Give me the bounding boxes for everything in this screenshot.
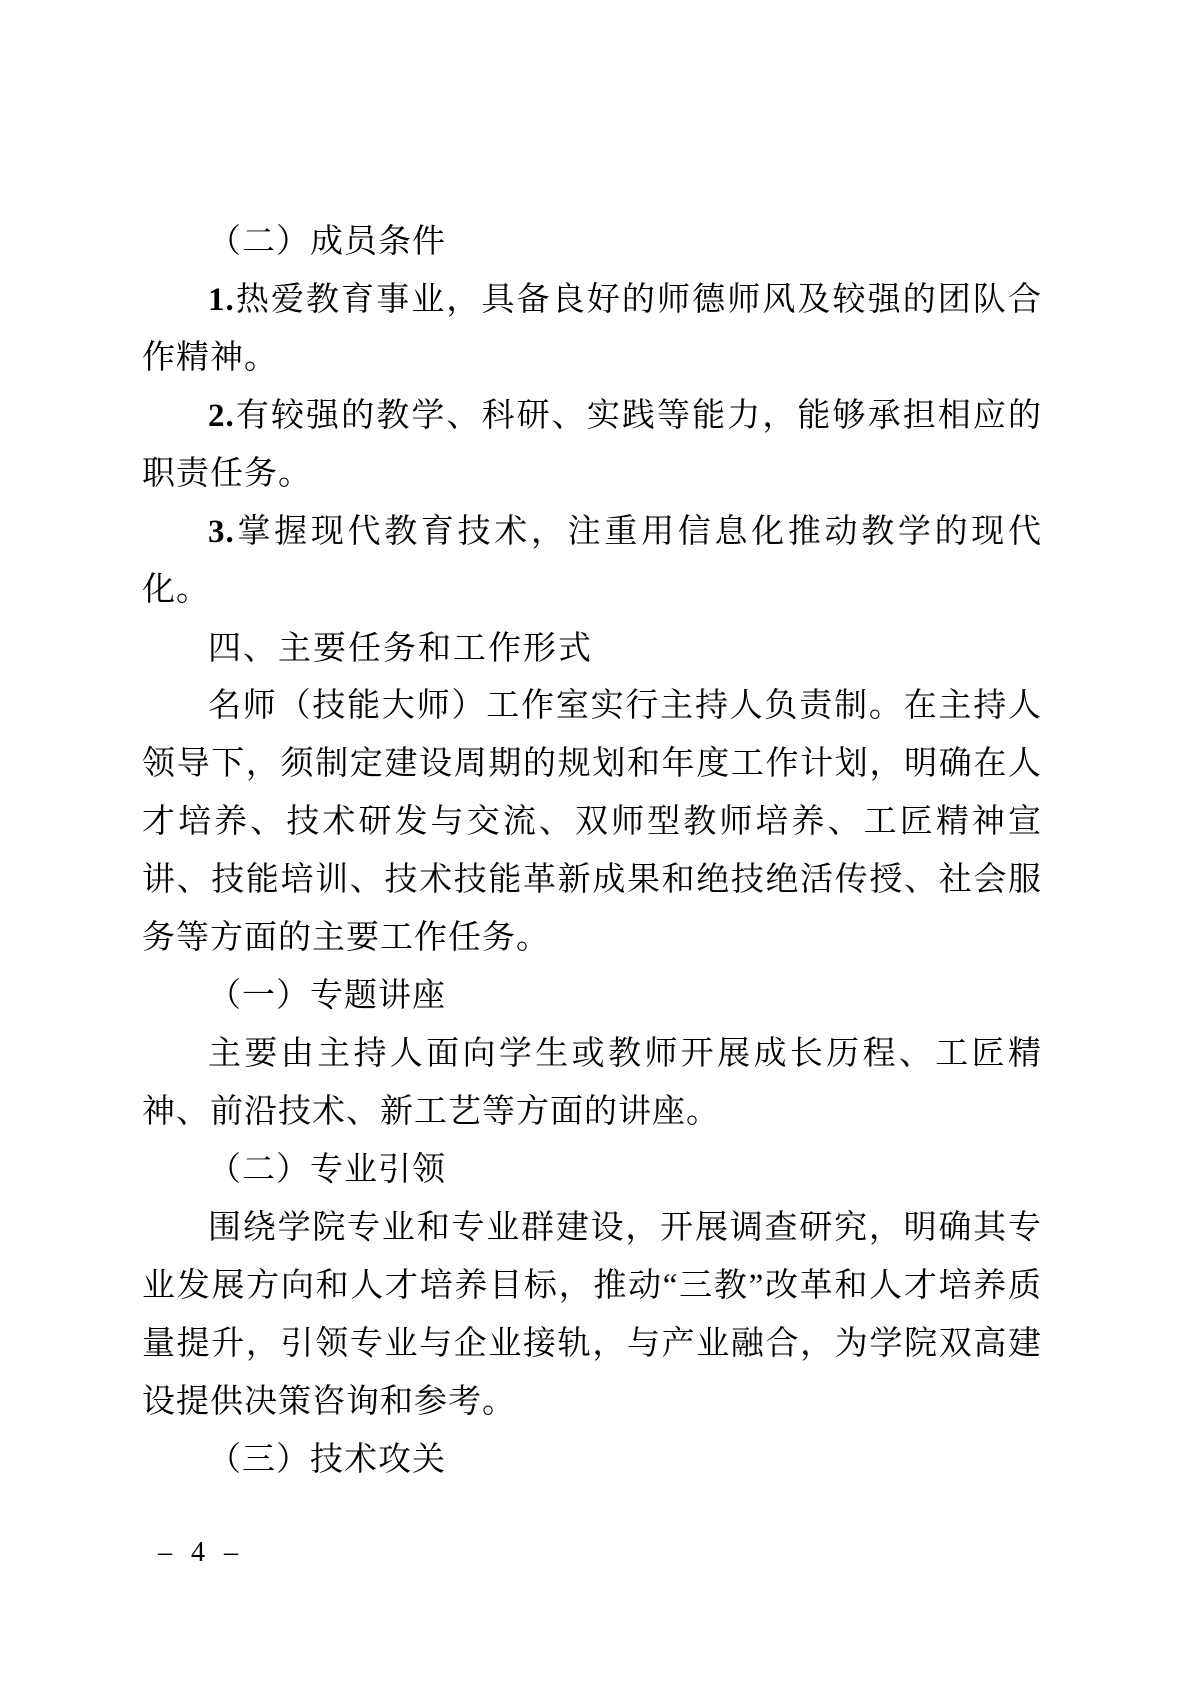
member-condition-item-2: 2.有较强的教学、科研、实践等能力，能够承担相应的职责任务。	[142, 387, 1042, 503]
item-text-3: 掌握现代教育技术，注重用信息化推动教学的现代化。	[142, 514, 1042, 608]
subsection-heading-member-conditions: （二）成员条件	[142, 213, 1042, 271]
paragraph-tasks-intro: 名师（技能大师）工作室实行主持人负责制。在主持人领导下，须制定建设周期的规划和年…	[142, 677, 1042, 967]
paragraph-lecture: 主要由主持人面向学生或教师开展成长历程、工匠精神、前沿技术、新工艺等方面的讲座。	[142, 1025, 1042, 1141]
document-page: （二）成员条件 1.热爱教育事业，具备良好的师德师风及较强的团队合作精神。 2.…	[0, 0, 1190, 1683]
member-condition-item-1: 1.热爱教育事业，具备良好的师德师风及较强的团队合作精神。	[142, 271, 1042, 387]
member-condition-item-3: 3.掌握现代教育技术，注重用信息化推动教学的现代化。	[142, 503, 1042, 619]
section-heading-main-tasks: 四、主要任务和工作形式	[142, 619, 1042, 677]
subsection-heading-professional-leading: （二）专业引领	[142, 1141, 1042, 1199]
item-text-2: 有较强的教学、科研、实践等能力，能够承担相应的职责任务。	[142, 398, 1042, 492]
document-body: （二）成员条件 1.热爱教育事业，具备良好的师德师风及较强的团队合作精神。 2.…	[142, 213, 1042, 1489]
paragraph-professional-leading: 围绕学院专业和专业群建设，开展调查研究，明确其专业发展方向和人才培养目标，推动“…	[142, 1199, 1042, 1431]
item-number-1: 1.	[208, 282, 235, 318]
subsection-heading-technical-research: （三）技术攻关	[142, 1431, 1042, 1489]
item-number-3: 3.	[208, 514, 235, 550]
item-text-1: 热爱教育事业，具备良好的师德师风及较强的团队合作精神。	[142, 282, 1042, 376]
item-number-2: 2.	[208, 398, 235, 434]
subsection-heading-lecture: （一）专题讲座	[142, 967, 1042, 1025]
page-number: – 4 –	[158, 1538, 240, 1568]
